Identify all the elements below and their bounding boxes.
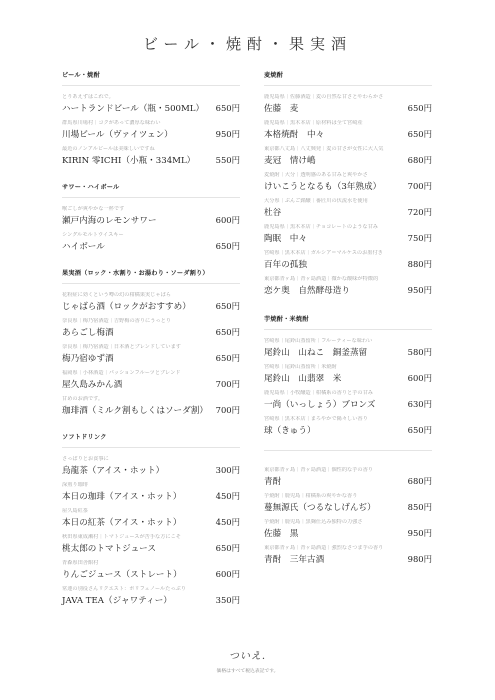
item-note: 芋焼酎｜鹿児島｜柑橘系の爽やかな香り bbox=[264, 493, 432, 501]
menu-item: 東京都青ヶ島｜青ヶ島酒造｜強烈なさつま芋の香り青酎 三年古酒980円 bbox=[264, 545, 432, 565]
item-name: 佐藤 麦 bbox=[264, 102, 298, 114]
item-price: 880円 bbox=[408, 258, 432, 270]
item-price: 650円 bbox=[408, 424, 432, 436]
section-heading: 果実酒（ロック・水割り・お湯わり・ソーダ割り） bbox=[62, 268, 240, 284]
item-price: 300円 bbox=[216, 464, 240, 476]
item-name: 桃太郎のトマトジュース bbox=[62, 542, 156, 554]
item-note: 青森県田舎館村 bbox=[62, 560, 240, 568]
menu-item: 東京都青ヶ島｜青ヶ島酒造｜個性的な芋の香り青酎680円 bbox=[264, 467, 432, 487]
shop-logo: ついえ. bbox=[0, 647, 495, 662]
item-price: 600円 bbox=[408, 372, 432, 384]
item-row: 川場ビール（ヴァイツェン）950円 bbox=[62, 128, 240, 140]
menu-item: 宮崎県｜尾鈴山蒸留所｜米焼酎尾鈴山 山翡翠 米600円 bbox=[264, 364, 432, 384]
menu-section: サワー・ハイボール喉ごしが爽やかな一杯です瀬戸内海のレモンサワー600円シングル… bbox=[62, 182, 240, 252]
item-price: 580円 bbox=[408, 346, 432, 358]
item-row: KIRIN 零ICHI（小瓶・334ML）550円 bbox=[62, 154, 240, 166]
item-row: 青酎680円 bbox=[264, 475, 432, 487]
item-row: 百年の孤独880円 bbox=[264, 258, 432, 270]
item-price: 600円 bbox=[216, 568, 240, 580]
footer: ついえ. 価格はすべて税込表記です。 bbox=[0, 647, 495, 674]
item-row: 本日の紅茶（アイス・ホット）450円 bbox=[62, 516, 240, 528]
item-note: 東京都青ヶ島｜青ヶ島酒造｜個性的な芋の香り bbox=[264, 467, 432, 475]
item-price: 650円 bbox=[216, 102, 240, 114]
menu-item: 麦焼酎｜大分｜透明感のある甘みと爽やかさけいこうとなるも（3年熟成）700円 bbox=[264, 172, 432, 192]
menu-item: シングルモルトウイスキーハイボール650円 bbox=[62, 232, 240, 252]
item-price: 650円 bbox=[216, 240, 240, 252]
item-price: 600円 bbox=[216, 214, 240, 226]
item-price: 950円 bbox=[408, 284, 432, 296]
page-title: ビール・焼酎・果実酒 bbox=[0, 33, 495, 54]
item-row: 桃太郎のトマトジュース650円 bbox=[62, 542, 240, 554]
item-price: 950円 bbox=[408, 527, 432, 539]
item-row: 佐藤 麦650円 bbox=[264, 102, 432, 114]
item-price: 650円 bbox=[408, 102, 432, 114]
item-price: 750円 bbox=[408, 232, 432, 244]
item-note: とりあえずはこれで。 bbox=[62, 94, 240, 102]
item-name: 本日の紅茶（アイス・ホット） bbox=[62, 516, 181, 528]
menu-item: 最近のノンアルビールは美味しいですねKIRIN 零ICHI（小瓶・334ML）5… bbox=[62, 146, 240, 166]
item-row: 杜谷720円 bbox=[264, 206, 432, 218]
section-heading: ビール・焼酎 bbox=[62, 70, 240, 86]
item-price: 850円 bbox=[408, 501, 432, 513]
item-note: 常連の別役さんリクエスト：ポリフェノールたっぷり bbox=[62, 586, 240, 594]
menu-item: 深煎り珈琲本日の珈琲（アイス・ホット）450円 bbox=[62, 482, 240, 502]
section-heading: 芋焼酎・米焼酎 bbox=[264, 314, 432, 330]
menu-section: 芋焼酎・米焼酎宮崎県｜尾鈴山蒸留所｜フルーティーな味わい尾鈴山 山ねこ 銅釜蒸留… bbox=[264, 314, 432, 436]
menu-item: 奈良県｜梅乃宿酒造｜日本酒とブレンドしています梅乃宿ゆず酒650円 bbox=[62, 344, 240, 364]
item-name: 恋ケ奥 自然酵母造り bbox=[264, 284, 350, 296]
item-name: 杜谷 bbox=[264, 206, 281, 218]
menu-section: ビール・焼酎とりあえずはこれで。ハートランドビール（瓶・500ML）650円群馬… bbox=[62, 70, 240, 166]
item-row: 麦冠 情け嶋680円 bbox=[264, 154, 432, 166]
item-name: 一尚（いっしょう）ブロンズ bbox=[264, 398, 375, 410]
item-name: じゃばら酒（ロックがおすすめ） bbox=[62, 300, 191, 312]
item-name: 屋久島みかん酒 bbox=[62, 378, 122, 390]
menu-item: 大分県｜ぶんご銘醸｜番匠川の伏流水を使用杜谷720円 bbox=[264, 198, 432, 218]
item-row: 梅乃宿ゆず酒650円 bbox=[62, 352, 240, 364]
item-name: 青酎 bbox=[264, 475, 281, 487]
item-note: 最近のノンアルビールは美味しいですね bbox=[62, 146, 240, 154]
item-row: 屋久島みかん酒700円 bbox=[62, 378, 240, 390]
menu-item: 宮崎県｜尾鈴山蒸留所｜フルーティーな味わい尾鈴山 山ねこ 銅釜蒸留580円 bbox=[264, 338, 432, 358]
menu-item: 花粉症に効くという噂の幻の柑橘果実じゃばらじゃばら酒（ロックがおすすめ）650円 bbox=[62, 292, 240, 312]
item-note: 東京都青ヶ島｜青ヶ島酒造｜強烈なさつま芋の香り bbox=[264, 545, 432, 553]
item-name: 珈琲酒（ミルク割もしくはソーダ割） bbox=[62, 404, 208, 416]
item-name: 百年の孤独 bbox=[264, 258, 307, 270]
menu-item: 福岡県｜小林酒造｜パッションフルーツとブレンド屋久島みかん酒700円 bbox=[62, 370, 240, 390]
item-price: 450円 bbox=[216, 490, 240, 502]
item-row: ハイボール650円 bbox=[62, 240, 240, 252]
item-note: 屋久島紅茶 bbox=[62, 508, 240, 516]
section-heading: サワー・ハイボール bbox=[62, 182, 240, 198]
item-name: 瀬戸内海のレモンサワー bbox=[62, 214, 157, 226]
item-note: 奈良県｜梅乃宿酒造｜日本酒とブレンドしています bbox=[62, 344, 240, 352]
menu-item: 青森県田舎館村りんごジュース（ストレート）600円 bbox=[62, 560, 240, 580]
menu-item: 鹿児島県｜黒木本店｜チョコレートのような甘み陶眠 中々750円 bbox=[264, 224, 432, 244]
item-note: 宮崎県｜尾鈴山蒸留所｜米焼酎 bbox=[264, 364, 432, 372]
item-row: 一尚（いっしょう）ブロンズ630円 bbox=[264, 398, 432, 410]
item-note: 秋田県東成瀬村｜トマトジュースが苦手な方にこそ bbox=[62, 534, 240, 542]
menu-item: 宮崎県｜黒木本店｜まろやかで陽々しい香り球（きゅう）650円 bbox=[264, 416, 432, 436]
menu-item: 甘めのお酒です。珈琲酒（ミルク割もしくはソーダ割）700円 bbox=[62, 396, 240, 416]
item-price: 450円 bbox=[216, 516, 240, 528]
item-note: 鹿児島県｜黒木本店｜原材料は全て宮崎産 bbox=[264, 120, 432, 128]
item-name: りんごジュース（ストレート） bbox=[62, 568, 182, 580]
item-note: さっぱりとお食事に bbox=[62, 456, 240, 464]
section-divider bbox=[264, 450, 432, 451]
item-name: ハートランドビール（瓶・500ML） bbox=[62, 102, 204, 114]
item-note: 鹿児島県｜佐藤酒造｜麦の自然な甘さとやわらかさ bbox=[264, 94, 432, 102]
item-note: 麦焼酎｜大分｜透明感のある甘みと爽やかさ bbox=[264, 172, 432, 180]
item-row: 尾鈴山 山ねこ 銅釜蒸留580円 bbox=[264, 346, 432, 358]
item-note: 鹿児島県｜小牧醸造｜柑橘系の香りと芋の甘み bbox=[264, 390, 432, 398]
item-name: 梅乃宿ゆず酒 bbox=[62, 352, 114, 364]
menu-item: 東京都八丈島｜八丈興発｜麦の甘さが女性に大人気麦冠 情け嶋680円 bbox=[264, 146, 432, 166]
item-name: けいこうとなるも（3年熟成） bbox=[264, 180, 381, 192]
menu-item: さっぱりとお食事に烏龍茶（アイス・ホット）300円 bbox=[62, 456, 240, 476]
menu-item: 奈良県｜梅乃宿酒造｜吉野梅の香りにうっとりあらごし梅酒650円 bbox=[62, 318, 240, 338]
menu-item: とりあえずはこれで。ハートランドビール（瓶・500ML）650円 bbox=[62, 94, 240, 114]
item-note: 花粉症に効くという噂の幻の柑橘果実じゃばら bbox=[62, 292, 240, 300]
item-row: りんごジュース（ストレート）600円 bbox=[62, 568, 240, 580]
item-name: 麦冠 情け嶋 bbox=[264, 154, 316, 166]
item-note: 喉ごしが爽やかな一杯です bbox=[62, 206, 240, 214]
item-row: 烏龍茶（アイス・ホット）300円 bbox=[62, 464, 240, 476]
item-note: 宮崎県｜黒木本店｜まろやかで陽々しい香り bbox=[264, 416, 432, 424]
item-price: 350円 bbox=[216, 594, 240, 606]
item-price: 700円 bbox=[408, 180, 432, 192]
section-heading: ソフトドリンク bbox=[62, 432, 240, 448]
item-row: 蔓無源氏（つるなしげんぢ）850円 bbox=[264, 501, 432, 513]
item-name: 本日の珈琲（アイス・ホット） bbox=[62, 490, 181, 502]
item-note: 福岡県｜小林酒造｜パッションフルーツとブレンド bbox=[62, 370, 240, 378]
item-row: 恋ケ奥 自然酵母造り950円 bbox=[264, 284, 432, 296]
item-row: ハートランドビール（瓶・500ML）650円 bbox=[62, 102, 240, 114]
item-price: 650円 bbox=[216, 542, 240, 554]
menu-section: ソフトドリンクさっぱりとお食事に烏龍茶（アイス・ホット）300円深煎り珈琲本日の… bbox=[62, 432, 240, 606]
item-price: 650円 bbox=[216, 326, 240, 338]
item-note: 鹿児島県｜黒木本店｜チョコレートのような甘み bbox=[264, 224, 432, 232]
item-price: 700円 bbox=[216, 378, 240, 390]
menu-item: 芋焼酎｜鹿児島｜黒麹仕込み独特の力強さ佐藤 黒950円 bbox=[264, 519, 432, 539]
item-price: 650円 bbox=[216, 300, 240, 312]
section-heading: 麦焼酎 bbox=[264, 70, 432, 86]
item-name: 蔓無源氏（つるなしげんぢ） bbox=[264, 501, 376, 513]
item-row: けいこうとなるも（3年熟成）700円 bbox=[264, 180, 432, 192]
item-name: JAVA TEA（ジャワティー） bbox=[62, 594, 172, 606]
item-note: 東京都八丈島｜八丈興発｜麦の甘さが女性に大人気 bbox=[264, 146, 432, 154]
menu-item: 喉ごしが爽やかな一杯です瀬戸内海のレモンサワー600円 bbox=[62, 206, 240, 226]
item-price: 980円 bbox=[408, 553, 432, 565]
menu-section: 麦焼酎鹿児島県｜佐藤酒造｜麦の自然な甘さとやわらかさ佐藤 麦650円鹿児島県｜黒… bbox=[264, 70, 432, 296]
item-name: 青酎 三年古酒 bbox=[264, 553, 324, 565]
menu-item: 秋田県東成瀬村｜トマトジュースが苦手な方にこそ桃太郎のトマトジュース650円 bbox=[62, 534, 240, 554]
menu-item: 芋焼酎｜鹿児島｜柑橘系の爽やかな香り蔓無源氏（つるなしげんぢ）850円 bbox=[264, 493, 432, 513]
item-note: 深煎り珈琲 bbox=[62, 482, 240, 490]
item-row: 陶眠 中々750円 bbox=[264, 232, 432, 244]
menu-item: 宮崎県｜黒木本店｜ガルシア＝マルケスのお墨付き百年の孤独880円 bbox=[264, 250, 432, 270]
item-note: 宮崎県｜尾鈴山蒸留所｜フルーティーな味わい bbox=[264, 338, 432, 346]
item-row: 本格焼酎 中々650円 bbox=[264, 128, 432, 140]
menu-item: 鹿児島県｜黒木本店｜原材料は全て宮崎産本格焼酎 中々650円 bbox=[264, 120, 432, 140]
item-price: 950円 bbox=[216, 128, 240, 140]
item-note: 奈良県｜梅乃宿酒造｜吉野梅の香りにうっとり bbox=[62, 318, 240, 326]
item-note: 甘めのお酒です。 bbox=[62, 396, 240, 404]
item-price: 700円 bbox=[216, 404, 240, 416]
item-price: 720円 bbox=[408, 206, 432, 218]
menu-section: 果実酒（ロック・水割り・お湯わり・ソーダ割り）花粉症に効くという噂の幻の柑橘果実… bbox=[62, 268, 240, 416]
item-note: シングルモルトウイスキー bbox=[62, 232, 240, 240]
item-row: 青酎 三年古酒980円 bbox=[264, 553, 432, 565]
item-note: 芋焼酎｜鹿児島｜黒麹仕込み独特の力強さ bbox=[264, 519, 432, 527]
right-column: 麦焼酎鹿児島県｜佐藤酒造｜麦の自然な甘さとやわらかさ佐藤 麦650円鹿児島県｜黒… bbox=[264, 70, 432, 571]
item-price: 650円 bbox=[408, 128, 432, 140]
item-row: 本日の珈琲（アイス・ホット）450円 bbox=[62, 490, 240, 502]
item-price: 630円 bbox=[408, 398, 432, 410]
item-name: 烏龍茶（アイス・ホット） bbox=[62, 464, 164, 476]
item-name: あらごし梅酒 bbox=[62, 326, 114, 338]
item-price: 680円 bbox=[408, 475, 432, 487]
menu-item: 常連の別役さんリクエスト：ポリフェノールたっぷりJAVA TEA（ジャワティー）… bbox=[62, 586, 240, 606]
tax-note: 価格はすべて税込表記です。 bbox=[0, 667, 495, 674]
item-row: 瀬戸内海のレモンサワー600円 bbox=[62, 214, 240, 226]
item-row: 佐藤 黒950円 bbox=[264, 527, 432, 539]
item-row: じゃばら酒（ロックがおすすめ）650円 bbox=[62, 300, 240, 312]
item-name: 佐藤 黒 bbox=[264, 527, 298, 539]
menu-item: 屋久島紅茶本日の紅茶（アイス・ホット）450円 bbox=[62, 508, 240, 528]
item-name: 尾鈴山 山翡翠 米 bbox=[264, 372, 341, 384]
item-row: JAVA TEA（ジャワティー）350円 bbox=[62, 594, 240, 606]
item-note: 宮崎県｜黒木本店｜ガルシア＝マルケスのお墨付き bbox=[264, 250, 432, 258]
item-name: 本格焼酎 中々 bbox=[264, 128, 324, 140]
item-name: ハイボール bbox=[62, 240, 105, 252]
item-name: 球（きゅう） bbox=[264, 424, 316, 436]
item-row: あらごし梅酒650円 bbox=[62, 326, 240, 338]
item-note: 群馬県川場村｜コクがあって濃厚な味わい bbox=[62, 120, 240, 128]
item-note: 東京都青ヶ島｜青ヶ島酒造｜微かな酸味が特徴的 bbox=[264, 276, 432, 284]
item-name: 川場ビール（ヴァイツェン） bbox=[62, 128, 173, 140]
menu-item: 東京都青ヶ島｜青ヶ島酒造｜微かな酸味が特徴的恋ケ奥 自然酵母造り950円 bbox=[264, 276, 432, 296]
menu-item: 鹿児島県｜小牧醸造｜柑橘系の香りと芋の甘み一尚（いっしょう）ブロンズ630円 bbox=[264, 390, 432, 410]
menu-section: 東京都青ヶ島｜青ヶ島酒造｜個性的な芋の香り青酎680円芋焼酎｜鹿児島｜柑橘系の爽… bbox=[264, 450, 432, 565]
menu-item: 鹿児島県｜佐藤酒造｜麦の自然な甘さとやわらかさ佐藤 麦650円 bbox=[264, 94, 432, 114]
item-note: 大分県｜ぶんご銘醸｜番匠川の伏流水を使用 bbox=[264, 198, 432, 206]
item-price: 550円 bbox=[216, 154, 240, 166]
item-row: 珈琲酒（ミルク割もしくはソーダ割）700円 bbox=[62, 404, 240, 416]
item-row: 球（きゅう）650円 bbox=[264, 424, 432, 436]
left-column: ビール・焼酎とりあえずはこれで。ハートランドビール（瓶・500ML）650円群馬… bbox=[62, 70, 240, 612]
item-price: 650円 bbox=[216, 352, 240, 364]
item-row: 尾鈴山 山翡翠 米600円 bbox=[264, 372, 432, 384]
item-name: KIRIN 零ICHI（小瓶・334ML） bbox=[62, 154, 195, 166]
item-name: 尾鈴山 山ねこ 銅釜蒸留 bbox=[264, 346, 367, 358]
item-name: 陶眠 中々 bbox=[264, 232, 307, 244]
item-price: 680円 bbox=[408, 154, 432, 166]
menu-item: 群馬県川場村｜コクがあって濃厚な味わい川場ビール（ヴァイツェン）950円 bbox=[62, 120, 240, 140]
